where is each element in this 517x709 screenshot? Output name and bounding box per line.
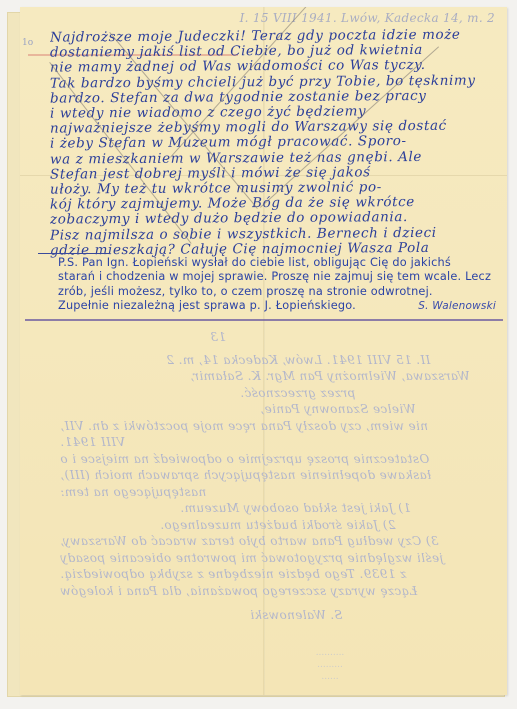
faded-stamp-text: .......... ......... ...... xyxy=(250,647,410,683)
postscript: P.S. Pan Ign. Łopieński wysłał do ciebie… xyxy=(58,256,498,314)
signature: S. Walenowski xyxy=(418,299,496,313)
bleed-text: przez grzeczność. xyxy=(240,385,355,402)
bleed-line: Warszawa, Wielmożny Pan Mgr. K. Sałamir, xyxy=(60,368,500,385)
stamp-line: ......... xyxy=(250,659,410,671)
bleed-text: 2) Jakie środki budżetu muzealnego. xyxy=(160,517,396,534)
bleed-line: następującego na tem: xyxy=(60,484,500,501)
bleed-line: przez grzeczność. xyxy=(60,385,500,402)
bleed-line: jeśli względnie przygotować mi powrotne … xyxy=(60,550,500,567)
bleed-text: łaskawe dopełnienie następujących sprawa… xyxy=(60,467,431,484)
bleed-line: nie wiem, czy doszły Pana ręce moje pocz… xyxy=(60,418,500,435)
bleed-line: Wielce Szanowny Panie, xyxy=(60,401,500,418)
postscript-divider xyxy=(38,253,110,254)
bleed-line: II. 15 VIII 1941. Lwów, Kadecka 14, m. 2 xyxy=(60,352,500,369)
postscript-line: zrób, jeśli możesz, tylko to, o czem pro… xyxy=(58,285,498,299)
faint-header-date-address: I. 15 VIII 1941. Lwów, Kadecka 14, m. 2 xyxy=(240,11,495,25)
postscript-line: P.S. Pan Ign. Łopieński wysłał do ciebie… xyxy=(58,256,498,270)
bleed-text: nie wiem, czy doszły Pana ręce moje pocz… xyxy=(60,418,428,435)
bleed-text: z 1939. Tego będzie niezbędne z szybką o… xyxy=(60,566,406,583)
bleed-line: Ostatecznie proszę uprzejmie o odpowiedź… xyxy=(60,451,500,468)
postscript-line: starań i chodzenia w mojej sprawie. Pros… xyxy=(58,270,498,284)
bleed-through-reverse-text: 13 II. 15 VIII 1941. Lwów, Kadecka 14, m… xyxy=(60,329,500,624)
stamp-line: ...... xyxy=(250,671,410,683)
margin-note: 1o xyxy=(22,37,50,49)
section-divider-line xyxy=(25,319,503,321)
bleed-line: S. Walenowski xyxy=(60,607,500,624)
stamp-line: .......... xyxy=(250,647,410,659)
bleed-text: II. 15 VIII 1941. Lwów, Kadecka 14, m. 2 xyxy=(166,352,430,369)
bleed-line: 2) Jakie środki budżetu muzealnego. xyxy=(60,517,500,534)
letter-page: I. 15 VIII 1941. Lwów, Kadecka 14, m. 2 … xyxy=(20,7,507,695)
bleed-text: S. Walenowski xyxy=(250,607,343,624)
bleed-text: 13 xyxy=(210,329,226,346)
bleed-text: następującego na tem: xyxy=(60,484,206,501)
bleed-text: 1) Jaki jest skład osobowy Muzeum. xyxy=(180,500,411,517)
bleed-text: jeśli względnie przygotować mi powrotne … xyxy=(60,550,443,567)
bleed-line: 1) Jaki jest skład osobowy Muzeum. xyxy=(60,500,500,517)
bleed-page-mark: 13 xyxy=(60,329,500,346)
main-letter-body: Najdroższe moje Judeczki! Teraz gdy pocz… xyxy=(50,29,500,257)
bleed-line: 3) Czy według Pana warto było teraz wrac… xyxy=(60,533,500,550)
bleed-line: VIII 1941. xyxy=(60,434,500,451)
margin-notes: 1o xyxy=(22,37,50,49)
bleed-text: Ostatecznie proszę uprzejmie o odpowiedź… xyxy=(60,451,429,468)
bleed-text: Warszawa, Wielmożny Pan Mgr. K. Sałamir, xyxy=(190,368,470,385)
bleed-line: łaskawe dopełnienie następujących sprawa… xyxy=(60,467,500,484)
bleed-line: Łączę wyrazy szczerego poważania, dla Pa… xyxy=(60,583,500,600)
bleed-text: Wielce Szanowny Panie, xyxy=(260,401,416,418)
bleed-line: z 1939. Tego będzie niezbędne z szybką o… xyxy=(60,566,500,583)
bleed-text: 3) Czy według Pana warto było teraz wrac… xyxy=(60,533,439,550)
bleed-text: VIII 1941. xyxy=(60,434,125,451)
bleed-text: Łączę wyrazy szczerego poważania, dla Pa… xyxy=(60,583,417,600)
